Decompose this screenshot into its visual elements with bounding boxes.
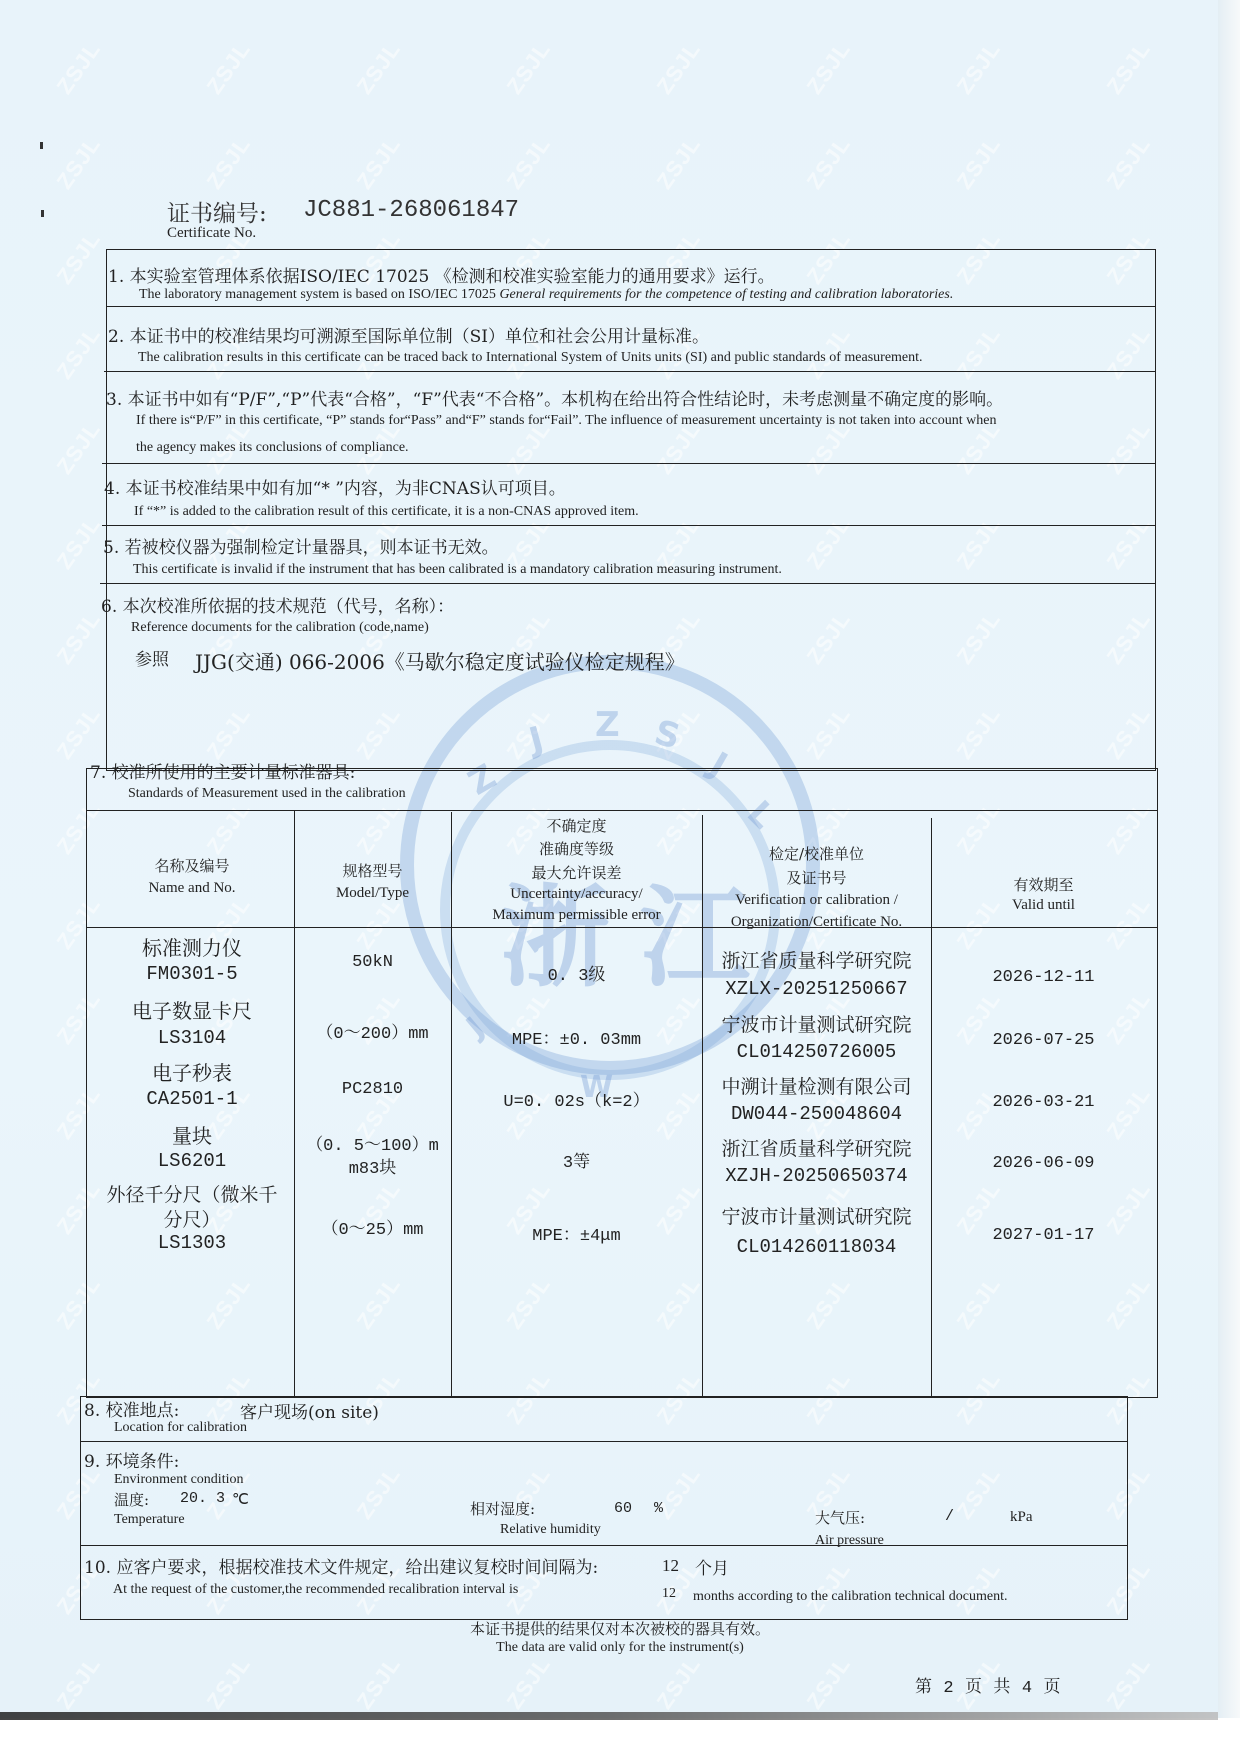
validity-note-cn: 本证书提供的结果仅对本次被校的器具有效。 <box>0 1618 1218 1639</box>
divider <box>104 371 1156 372</box>
location-value: 客户现场(on site) <box>240 1398 379 1423</box>
divider <box>102 525 1156 526</box>
recalibration-value-en: 12 <box>662 1586 676 1602</box>
header-accuracy-en-2: Maximum permissible error <box>451 907 702 924</box>
clause-2-en: The calibration results in this certific… <box>138 350 923 366</box>
clause-3-en: If there is“P/F” in this certificate, “P… <box>136 413 996 429</box>
scan-speck <box>40 142 43 149</box>
watermark-text: ZSJL <box>202 0 256 4</box>
recalibration-unit-cn: 个月 <box>695 1554 729 1579</box>
watermark-text: ZSJL <box>52 322 106 384</box>
certificate-number: JC881-268061847 <box>303 197 519 224</box>
watermark-text: ZSJL <box>352 0 406 4</box>
watermark-text: ZSJL <box>1102 0 1156 4</box>
watermark-text: ZSJL <box>502 37 556 99</box>
row-5-name: 外径千分尺（微米千 <box>90 1180 294 1207</box>
temperature-value: 20. 3 <box>180 1490 225 1507</box>
row-2-accuracy: MPE：±0. 03mm <box>451 1024 702 1050</box>
header-name-cn: 名称及编号 <box>90 855 294 876</box>
watermark-text: ZSJL <box>952 132 1006 194</box>
scan-speck <box>41 210 44 217</box>
row-3-valid: 2026-03-21 <box>931 1093 1156 1112</box>
row-5-no: LS1303 <box>90 1232 294 1254</box>
header-org-cn-1: 检定/校准单位 <box>702 843 931 864</box>
row-2-model: （0～200）mm <box>294 1018 451 1044</box>
header-accuracy-en-1: Uncertainty/accuracy/ <box>451 886 702 903</box>
watermark-text: ZSJL <box>52 417 106 479</box>
pressure-unit: kPa <box>1010 1509 1033 1526</box>
row-5-cert: CL014260118034 <box>702 1236 931 1258</box>
watermark-text: ZSJL <box>52 512 106 574</box>
watermark-text: ZSJL <box>652 132 706 194</box>
header-accuracy-cn-2: 准确度等级 <box>451 838 702 859</box>
divider <box>80 1441 1128 1442</box>
watermark-text: ZSJL <box>52 1652 106 1714</box>
recalibration-cn: 10. 应客户要求，根据校准技术文件规定，给出建议复校时间间隔为: <box>84 1553 598 1578</box>
watermark-text: ZSJL <box>52 132 106 194</box>
header-accuracy-cn-1: 不确定度 <box>451 815 702 836</box>
watermark-text: ZSJL <box>652 1652 706 1714</box>
watermark-text: ZSJL <box>52 37 106 99</box>
row-1-no: FM0301-5 <box>90 963 294 985</box>
watermark-text: ZSJL <box>952 37 1006 99</box>
pressure-label: 大气压: <box>815 1507 865 1528</box>
row-4-valid: 2026-06-09 <box>931 1154 1156 1173</box>
temperature-unit: ℃ <box>232 1490 249 1509</box>
validity-note-en: The data are valid only for the instrume… <box>0 1640 1218 1656</box>
clause-5-cn: 5. 若被校仪器为强制检定计量器具，则本证书无效。 <box>103 533 499 558</box>
recalibration-value: 12 <box>662 1556 679 1576</box>
watermark-text: ZSJL <box>52 702 106 764</box>
humidity-label: 相对湿度: <box>470 1498 535 1519</box>
header-accuracy-cn-3: 最大允许误差 <box>451 862 702 883</box>
row-3-no: CA2501-1 <box>90 1088 294 1110</box>
clause-1-en: The laboratory management system is base… <box>139 287 953 303</box>
row-1-cert: XZLX-20251250667 <box>702 978 931 1000</box>
watermark-text: ZSJL <box>1102 132 1156 194</box>
row-1-name: 标准测力仪 <box>90 932 294 961</box>
row-3-cert: DW044-250048604 <box>702 1103 931 1125</box>
watermark-text: ZSJL <box>502 132 556 194</box>
watermark-text: ZSJL <box>1102 1652 1156 1714</box>
reference-document: JJG(交通) 066-2006《马歇尔稳定度试验仪检定规程》 <box>195 646 685 675</box>
scan-edge-shadow <box>0 1712 1218 1720</box>
clause-6-en: Reference documents for the calibration … <box>131 620 429 636</box>
watermark-text: ZSJL <box>802 37 856 99</box>
divider <box>86 810 1158 811</box>
row-5-name-2: 分尺） <box>90 1205 294 1232</box>
row-4-cert: XZJH-20250650374 <box>702 1165 931 1187</box>
row-4-name: 量块 <box>90 1120 294 1149</box>
environment-label-en: Environment condition <box>114 1472 243 1488</box>
row-3-name: 电子秒表 <box>90 1057 294 1086</box>
header-org-en-1: Verification or calibration / <box>702 892 931 909</box>
page-indicator: 第 2 页 共 4 页 <box>915 1672 1060 1698</box>
row-2-org: 宁波市计量测试研究院 <box>702 1010 931 1037</box>
header-org-en-2: Organization/Certificate No. <box>702 914 931 931</box>
certificate-number-label: 证书编号: <box>167 195 267 228</box>
recalibration-unit-en: months according to the calibration tech… <box>693 1589 1008 1605</box>
watermark-text: ZSJL <box>802 132 856 194</box>
standards-title-en: Standards of Measurement used in the cal… <box>128 786 406 802</box>
watermark-text: ZSJL <box>52 607 106 669</box>
clause-6-cn: 6. 本次校准所依据的技术规范（代号，名称）： <box>101 592 454 617</box>
header-model-cn: 规格型号 <box>294 860 451 881</box>
header-model-en: Model/Type <box>294 885 451 902</box>
location-label-cn: 8. 校准地点: <box>84 1396 179 1421</box>
row-2-name: 电子数显卡尺 <box>90 995 294 1024</box>
row-3-org: 中溯计量检测有限公司 <box>702 1072 931 1099</box>
clause-3-en-2: the agency makes its conclusions of comp… <box>136 440 409 456</box>
watermark-text: ZSJL <box>202 37 256 99</box>
certificate-page: ZSJLZSJLZSJLZSJLZSJLZSJLZSJLZSJLZSJLZSJL… <box>0 0 1218 1718</box>
row-3-model: PC2810 <box>294 1080 451 1099</box>
watermark-text: ZSJL <box>352 37 406 99</box>
pressure-value: / <box>945 1508 954 1525</box>
pressure-label-en: Air pressure <box>815 1533 884 1549</box>
clause-5-en: This certificate is invalid if the instr… <box>133 562 782 578</box>
watermark-text: ZSJL <box>502 1652 556 1714</box>
clause-2-cn: 2. 本证书中的校准结果均可溯源至国际单位制（SI）单位和社会公用计量标准。 <box>108 322 709 347</box>
row-5-valid: 2027-01-17 <box>931 1226 1156 1245</box>
row-5-model: （0～25）mm <box>294 1214 451 1240</box>
row-1-valid: 2026-12-11 <box>931 968 1156 987</box>
row-2-valid: 2026-07-25 <box>931 1031 1156 1050</box>
watermark-text: ZSJL <box>202 1652 256 1714</box>
watermark-text: ZSJL <box>1102 37 1156 99</box>
row-4-accuracy: 3等 <box>451 1147 702 1173</box>
watermark-text: ZSJL <box>652 37 706 99</box>
watermark-text: ZSJL <box>802 1652 856 1714</box>
row-4-no: LS6201 <box>90 1150 294 1172</box>
watermark-text: ZSJL <box>352 1652 406 1714</box>
row-1-accuracy: 0. 3级 <box>451 960 702 986</box>
clause-1-cn: 1. 本实验室管理体系依据ISO/IEC 17025 《检测和校准实验室能力的通… <box>108 262 775 287</box>
watermark-text: ZSJL <box>502 0 556 4</box>
divider <box>100 583 1156 584</box>
certificate-number-label-en: Certificate No. <box>167 225 256 242</box>
header-org-cn-2: 及证书号 <box>702 867 931 888</box>
header-valid-en: Valid until <box>931 897 1156 914</box>
watermark-text: ZSJL <box>802 0 856 4</box>
clause-4-en: If “*” is added to the calibration resul… <box>134 504 639 520</box>
row-2-no: LS3104 <box>90 1027 294 1049</box>
watermark-text: ZSJL <box>202 132 256 194</box>
row-5-accuracy: MPE：±4μm <box>451 1220 702 1246</box>
row-4-org: 浙江省质量科学研究院 <box>702 1134 931 1161</box>
header-valid-cn: 有效期至 <box>931 874 1156 895</box>
row-3-accuracy: U=0. 02s（k=2） <box>451 1086 702 1112</box>
temperature-label-en: Temperature <box>114 1512 185 1528</box>
watermark-text: ZSJL <box>52 0 106 4</box>
recalibration-en: At the request of the customer,the recom… <box>113 1582 518 1598</box>
watermark-text: ZSJL <box>352 132 406 194</box>
table-header-divider <box>86 927 1158 928</box>
row-2-cert: CL014250726005 <box>702 1041 931 1063</box>
row-5-org: 宁波市计量测试研究院 <box>702 1202 931 1229</box>
location-label-en: Location for calibration <box>114 1420 247 1436</box>
standards-title-cn: 7. 校准所使用的主要计量标准器具: <box>90 758 355 783</box>
humidity-unit: % <box>654 1500 663 1517</box>
humidity-label-en: Relative humidity <box>500 1522 601 1538</box>
humidity-value: 60 <box>614 1500 632 1517</box>
row-4-model-2: m83块 <box>294 1153 451 1179</box>
temperature-label: 温度: <box>114 1489 149 1510</box>
reference-prefix: 参照 <box>135 645 169 670</box>
divider <box>102 463 1156 464</box>
watermark-text: ZSJL <box>652 0 706 4</box>
scan-right-edge <box>1218 0 1240 1718</box>
watermark-text: ZSJL <box>52 227 106 289</box>
clause-3-cn: 3. 本证书中如有“P/F”,“P”代表“合格”，“F”代表“不合格”。本机构在… <box>106 385 1003 410</box>
header-name-en: Name and No. <box>90 880 294 897</box>
row-1-org: 浙江省质量科学研究院 <box>702 946 931 973</box>
divider <box>106 306 1156 307</box>
watermark-text: ZSJL <box>952 0 1006 4</box>
divider <box>80 1545 1128 1546</box>
clause-4-cn: 4. 本证书校准结果中如有加“* ”内容，为非CNAS认可项目。 <box>104 474 566 499</box>
environment-label-cn: 9. 环境条件: <box>84 1447 179 1472</box>
row-1-model: 50kN <box>294 953 451 972</box>
